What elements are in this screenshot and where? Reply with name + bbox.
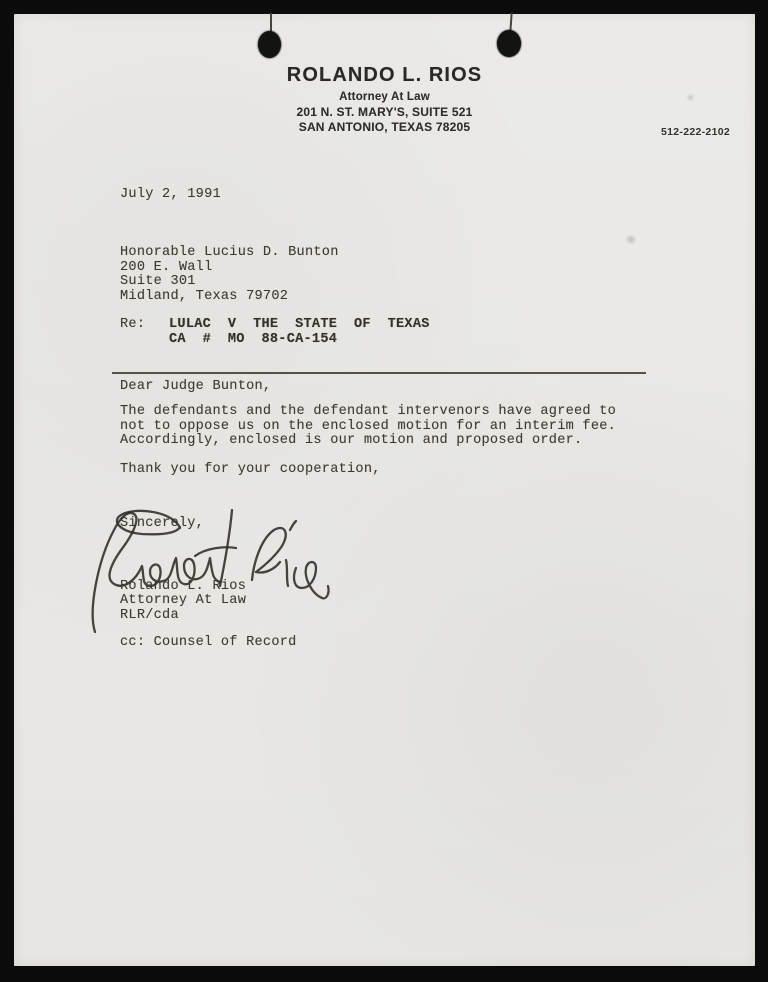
signer-title: Attorney At Law bbox=[120, 594, 246, 609]
recipient-line: 200 E. Wall bbox=[120, 261, 339, 276]
recipient-address: Honorable Lucius D. Bunton 200 E. Wall S… bbox=[120, 246, 339, 304]
paper-sheet: ROLANDO L. RIOS Attorney At Law 201 N. S… bbox=[14, 14, 755, 966]
letterhead-name: ROLANDO L. RIOS bbox=[14, 64, 755, 87]
handwritten-signature bbox=[84, 502, 334, 647]
re-case-number: CA # MO 88-CA-154 bbox=[169, 333, 430, 348]
recipient-line: Suite 301 bbox=[120, 275, 339, 290]
re-block: Re: LULAC V THE STATE OF TEXAS CA # MO 8… bbox=[120, 318, 430, 347]
date-line: July 2, 1991 bbox=[120, 188, 221, 203]
re-lines: LULAC V THE STATE OF TEXAS CA # MO 88-CA… bbox=[169, 318, 430, 347]
salutation: Dear Judge Bunton, bbox=[120, 380, 271, 395]
body-paragraph: The defendants and the defendant interve… bbox=[120, 405, 616, 449]
hole-punch-icon bbox=[258, 31, 281, 58]
scan-speck bbox=[688, 95, 693, 100]
letterhead-address-line1: 201 N. ST. MARY'S, SUITE 521 bbox=[14, 105, 755, 119]
scan-speck bbox=[627, 236, 635, 243]
recipient-line: Honorable Lucius D. Bunton bbox=[120, 246, 339, 261]
letterhead: ROLANDO L. RIOS Attorney At Law 201 N. S… bbox=[14, 64, 755, 134]
letterhead-phone: 512-222-2102 bbox=[661, 126, 730, 138]
letterhead-address-line2: SAN ANTONIO, TEXAS 78205 bbox=[14, 120, 755, 134]
fastener-prong-icon bbox=[270, 13, 272, 33]
divider-rule bbox=[112, 372, 646, 374]
cc-line: cc: Counsel of Record bbox=[120, 636, 297, 651]
hole-punch-icon bbox=[497, 30, 521, 57]
recipient-line: Midland, Texas 79702 bbox=[120, 290, 339, 305]
letterhead-title: Attorney At Law bbox=[14, 91, 755, 103]
reference-initials: RLR/cda bbox=[120, 609, 179, 624]
re-case-title: LULAC V THE STATE OF TEXAS bbox=[169, 318, 430, 333]
closing-thanks: Thank you for your cooperation, bbox=[120, 463, 381, 478]
re-label: Re: bbox=[120, 318, 169, 347]
